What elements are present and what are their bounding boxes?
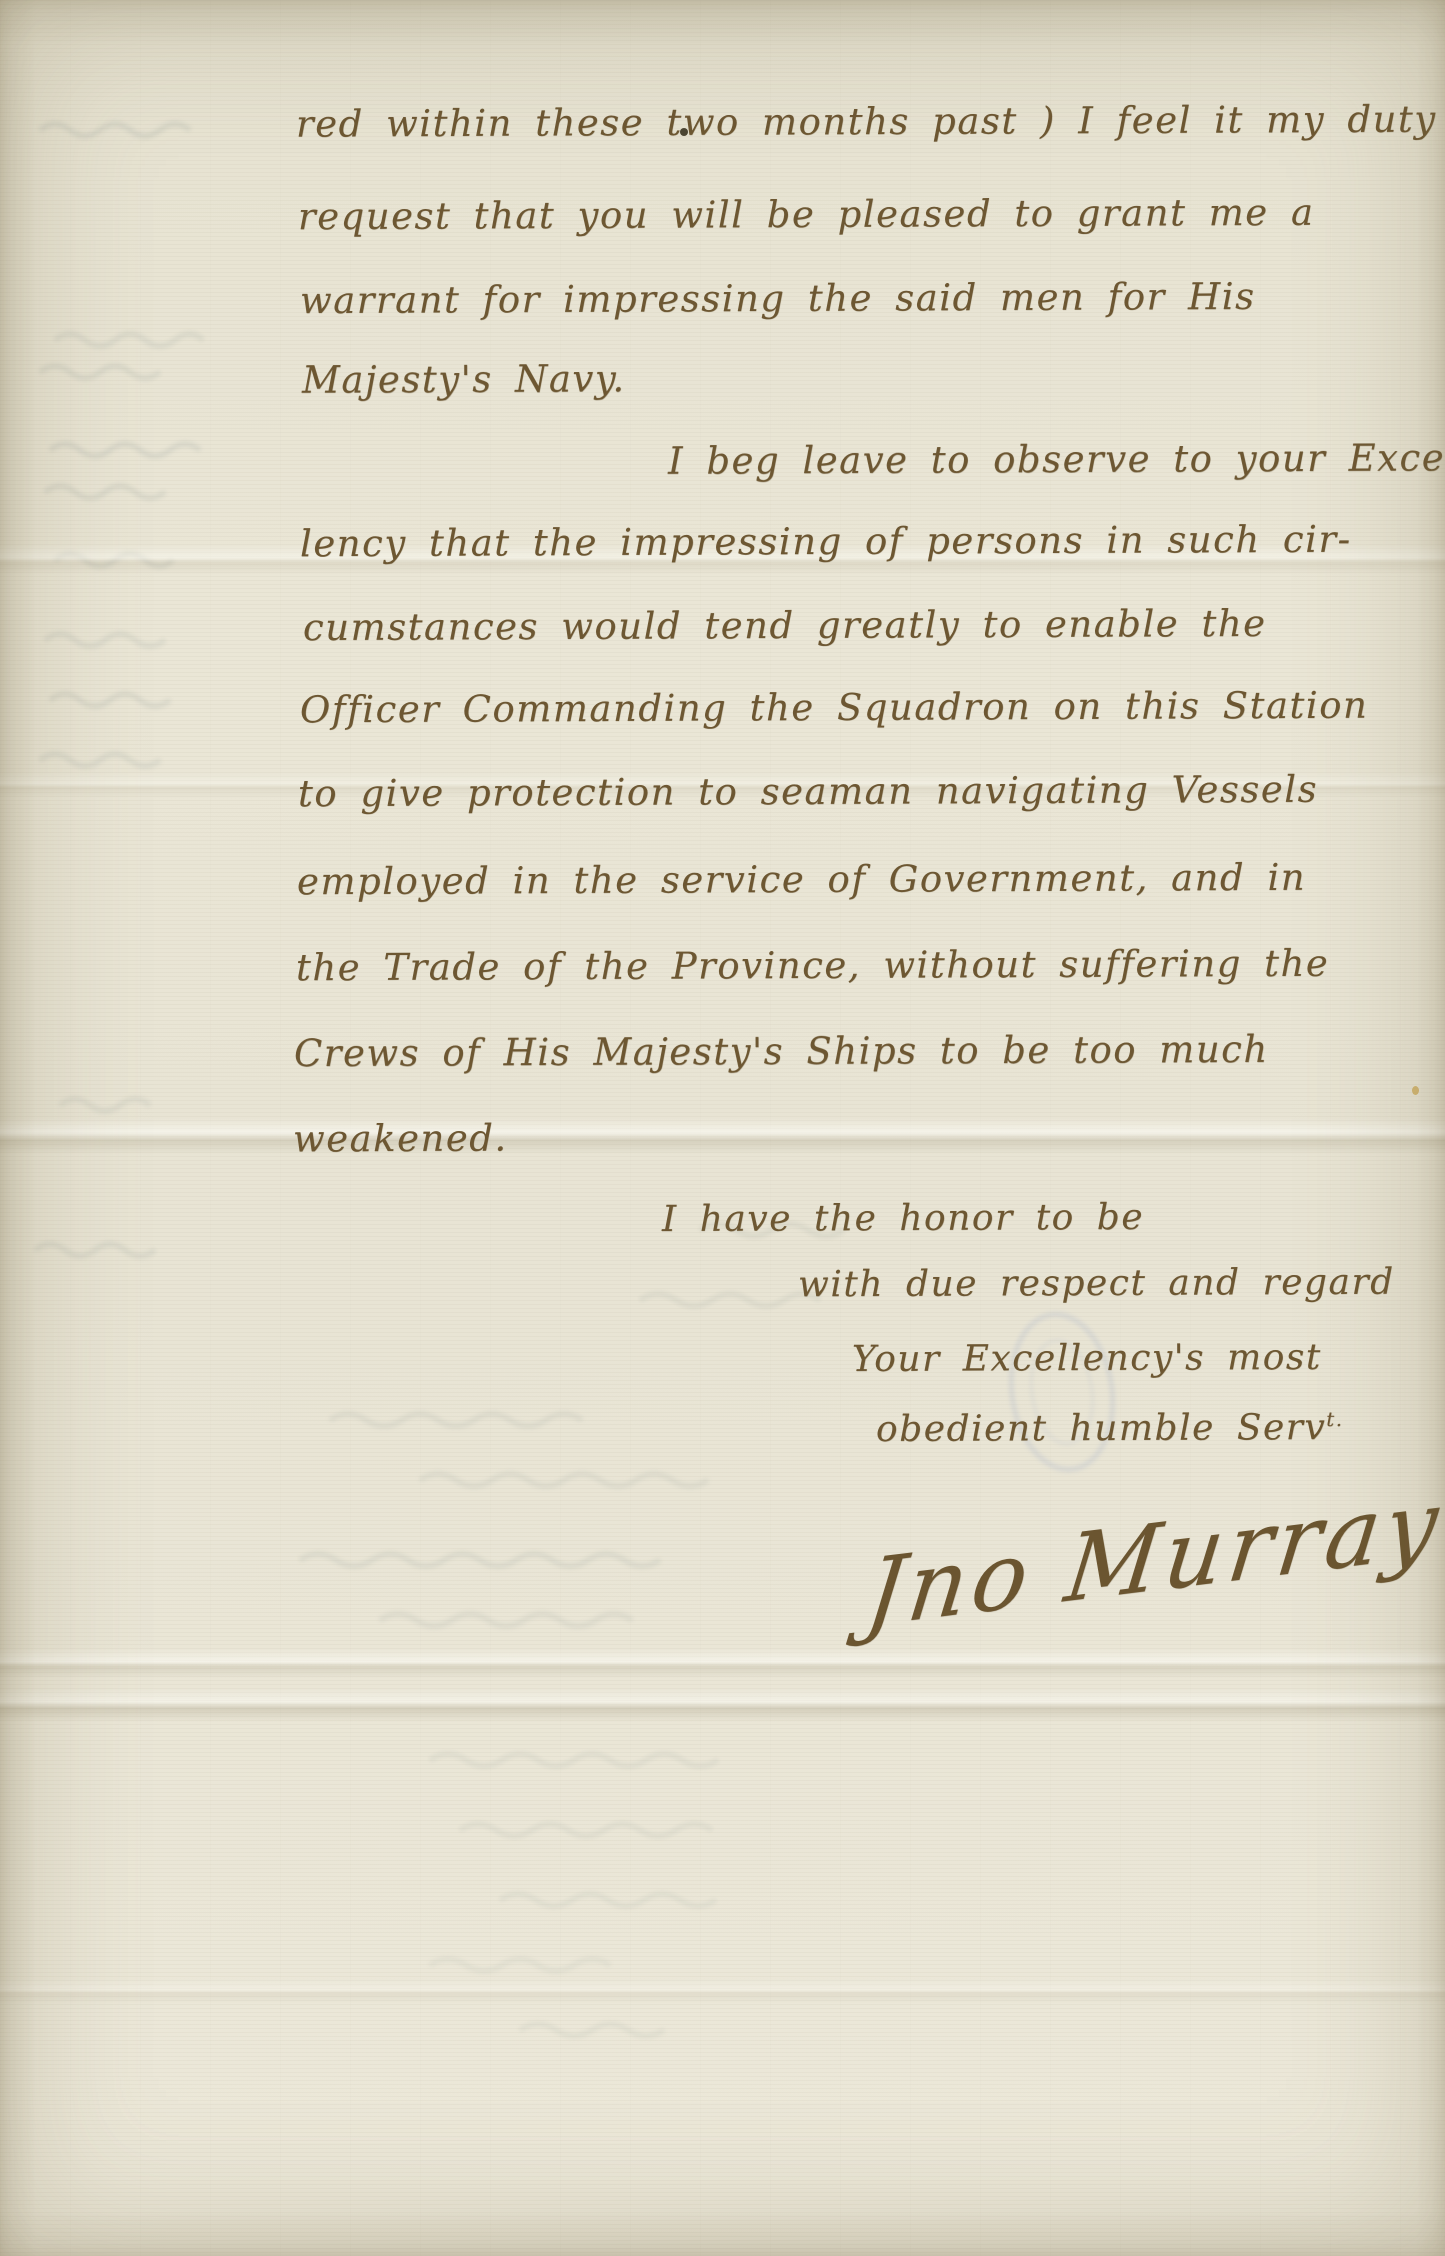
signature: Jno Murray: [860, 1468, 1445, 1648]
handwritten-line-13: weakened.: [293, 1117, 508, 1161]
closing-line-3: Your Excellency's most: [852, 1337, 1322, 1380]
handwritten-line-8: Officer Commanding the Squadron on this …: [300, 684, 1368, 732]
handwritten-line-1: red within these two months past ) I fee…: [296, 97, 1445, 145]
fold-crease: [0, 1978, 1445, 2004]
handwritten-line-9: to give protection to seaman navigating …: [298, 768, 1318, 815]
scan-vignette: [0, 0, 1445, 2256]
handwritten-line-2: request that you will be pleased to gran…: [298, 191, 1315, 238]
handwritten-line-3: warrant for impressing the said men for …: [300, 275, 1256, 322]
fold-crease: [0, 1118, 1445, 1154]
closing-superscript: t.: [1326, 1408, 1343, 1431]
closing-line-4-text: obedient humble Serv: [876, 1407, 1326, 1450]
closing-line-2: with due respect and regard: [798, 1262, 1395, 1306]
faint-ink-stamp: [1002, 1308, 1123, 1476]
fold-crease: [0, 1648, 1445, 1678]
letter-scan: red within these two months past ) I fee…: [0, 0, 1445, 2256]
handwritten-line-10: employed in the service of Government, a…: [297, 856, 1306, 903]
handwritten-line-6: lency that the impressing of persons in …: [300, 518, 1352, 566]
fold-crease: [0, 1688, 1445, 1722]
handwritten-line-4: Majesty's Navy.: [302, 357, 626, 401]
paper-speck: [1412, 1086, 1419, 1095]
bleedthrough-ghost-writing: [0, 0, 1445, 2256]
handwritten-line-5: I beg leave to observe to your Excel-: [668, 436, 1445, 483]
handwritten-line-11: the Trade of the Province, without suffe…: [296, 942, 1329, 990]
paper-laid-texture: [0, 0, 1445, 2256]
handwritten-line-12: Crews of His Majesty's Ships to be too m…: [294, 1028, 1269, 1075]
handwritten-line-7: cumstances would tend greatly to enable …: [303, 602, 1267, 649]
closing-line-4: obedient humble Servt.: [876, 1407, 1344, 1450]
paper-edge-shading: [0, 0, 1445, 2256]
closing-line-1: I have the honor to be: [662, 1197, 1144, 1240]
